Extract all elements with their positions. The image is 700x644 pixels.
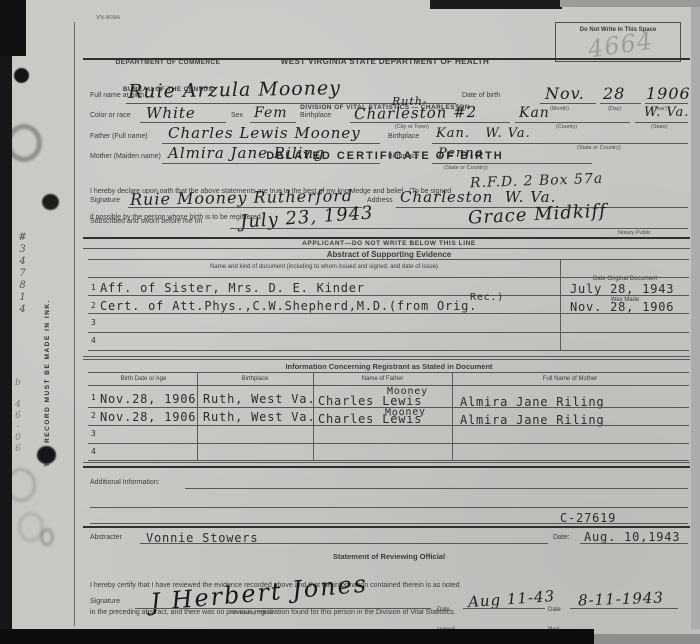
father-label: Father (Full name) — [90, 133, 148, 140]
table-divider — [197, 372, 198, 460]
section-rule — [83, 466, 690, 468]
scanned-birth-certificate: THIS RECORD MUST BE MADE IN INK. #347814… — [0, 0, 700, 644]
color-label: Color or race — [90, 112, 130, 119]
sex-value: Fem — [254, 105, 288, 121]
table-border — [88, 277, 689, 278]
dob-sub-month: (Month) — [550, 106, 569, 112]
field-underline — [140, 122, 226, 123]
registrant-header-birthdate: Birth Date or Age — [90, 376, 197, 382]
abstract-row-num: 1 — [91, 283, 97, 292]
registrant-row-num: 4 — [91, 447, 97, 456]
punch-hole — [42, 194, 59, 210]
field-underline — [90, 507, 688, 508]
abstract-row-doc: Cert. of Att.Phys.,C.W.Shepherd,M.D.(fro… — [100, 299, 477, 313]
section-rule — [83, 356, 690, 357]
mother-birthplace-label: Birthplace — [388, 153, 419, 160]
form-left-border — [74, 22, 75, 626]
abstract-row-date: Nov. 28, 1906 — [570, 300, 674, 314]
section-rule — [83, 359, 690, 360]
registrant-row-num: 2 — [91, 411, 97, 420]
father-value: Charles Lewis Mooney — [168, 124, 361, 142]
table-row-line — [88, 443, 689, 444]
birthplace-city: Charleston #2 — [354, 103, 478, 123]
table-row-line — [88, 313, 689, 314]
dob-month: Nov. — [545, 84, 585, 103]
dob-sub-day: (Day) — [608, 106, 621, 112]
registrant-row-num: 1 — [91, 393, 97, 402]
signature-label: Signature — [90, 197, 120, 204]
margin-scribble-number: #347814 — [17, 232, 28, 362]
certificate-paper: THIS RECORD MUST BE MADE IN INK. #347814… — [0, 0, 700, 644]
scan-edge-topright — [560, 0, 700, 7]
registrant-row-place: Ruth, West Va. — [203, 392, 315, 406]
abstract-date-value: Aug. 10,1943 — [584, 530, 680, 544]
field-underline — [600, 103, 641, 104]
registrant-header-birthplace: Birthplace — [197, 376, 313, 382]
abstract-row-date: July 28, 1943 — [570, 282, 674, 296]
dob-year: 1906 — [646, 84, 691, 103]
table-border — [88, 372, 689, 373]
form-number: VS-803A — [96, 15, 120, 21]
date-filed-value: 8-11-1943 — [578, 589, 665, 610]
sex-label: Sex — [231, 112, 243, 119]
sworn-label: Subscribed and sworn before me on — [90, 218, 202, 225]
birthplace-state: W. Va. — [644, 105, 689, 120]
notary-label: Notary Public — [618, 230, 651, 236]
registrant-row-date: Nov.28, 1906 — [100, 392, 196, 406]
pencil-smudge — [40, 528, 54, 546]
reviewing-official-label: Reviewing Official — [230, 610, 274, 616]
review-title: Statement of Reviewing Official — [90, 552, 688, 561]
mother-label: Mother (Maiden name) — [90, 153, 161, 160]
punch-hole — [14, 68, 29, 83]
margin-scribble-note: b 46-06 — [13, 378, 23, 478]
field-underline — [90, 523, 688, 524]
scan-edge-bottomright — [594, 634, 700, 644]
abstract-row-interline: Rec.) — [470, 292, 504, 303]
field-underline — [185, 488, 688, 489]
registrant-row-father-interline: Mooney — [385, 406, 426, 418]
header-rule — [83, 58, 690, 60]
registrant-row-date: Nov.28, 1906 — [100, 410, 196, 424]
abstract-title: Abstract of Supporting Evidence — [90, 250, 688, 259]
table-border — [88, 259, 689, 260]
field-underline — [432, 163, 592, 164]
scan-edge-left — [0, 0, 12, 644]
field-underline — [230, 228, 688, 229]
field-underline — [250, 122, 296, 123]
field-underline — [580, 543, 688, 544]
table-border — [88, 350, 689, 351]
additional-info-label: Additional Information: — [90, 479, 160, 486]
scan-edge-topleft — [0, 0, 26, 56]
table-border — [88, 460, 689, 461]
mother-birthplace-value: Penna — [438, 146, 483, 161]
table-divider — [560, 259, 561, 350]
table-divider — [452, 372, 453, 460]
abstract-row-num: 4 — [91, 336, 97, 345]
father-birthplace-label: Birthplace — [388, 133, 419, 140]
date-filed-label1: Date — [548, 607, 561, 614]
field-underline — [515, 122, 630, 123]
margin-ink-stamp: THIS RECORD MUST BE MADE IN INK. — [44, 205, 51, 467]
scan-edge-bottom — [0, 629, 594, 644]
abstract-row-doc: Aff. of Sister, Mrs. D. E. Kinder — [100, 281, 365, 295]
father-birthplace-sub: (State or Country) — [577, 145, 621, 151]
registrant-header-mother: Full Name of Mother — [452, 376, 688, 382]
dob-day: 28 — [603, 84, 625, 103]
birthplace-sub-city: (City or Town) — [395, 124, 429, 130]
birthplace-sub-state: (State) — [651, 124, 668, 130]
abstracter-label: Abstracter — [90, 534, 122, 541]
dob-label: Date of birth — [462, 92, 500, 99]
color-value: White — [146, 104, 196, 122]
abstract-row-num: 2 — [91, 301, 97, 310]
full-name-value: Ruie Arzula Mooney — [128, 77, 341, 103]
punch-hole — [37, 446, 56, 464]
birthplace-sub-county: (County) — [556, 124, 577, 130]
field-underline — [645, 103, 688, 104]
field-underline — [135, 608, 431, 609]
abstract-col1-header: Name and kind of document (including to … — [92, 264, 556, 270]
birthplace-county: Kan — [519, 105, 550, 121]
table-row-line — [88, 295, 689, 296]
birthplace-label: Birthplace — [300, 112, 331, 119]
field-underline — [140, 543, 548, 544]
registrant-row-place: Ruth, West Va. — [203, 410, 315, 424]
mother-value: Almira Jane Riling — [168, 144, 325, 162]
field-underline — [350, 122, 510, 123]
registrant-title: Information Concerning Registrant as Sta… — [90, 362, 688, 371]
abstract-date-label: Date: — [553, 534, 570, 541]
review-signature-label: Signature — [90, 598, 120, 605]
field-underline — [635, 122, 688, 123]
field-underline — [432, 143, 688, 144]
section-rule — [83, 462, 690, 463]
section-rule — [83, 526, 690, 528]
field-underline — [570, 608, 678, 609]
date-signed-label1: Date — [437, 607, 455, 614]
scan-edge-right — [691, 7, 700, 629]
field-underline — [463, 608, 545, 609]
divider-rule — [83, 237, 690, 239]
scan-edge-top — [430, 0, 562, 9]
father-birthplace-value: Kan. W. Va. — [436, 126, 531, 141]
registrant-row-father-interline: Mooney — [387, 386, 428, 397]
registrant-row-num: 3 — [91, 429, 97, 438]
field-underline — [162, 163, 380, 164]
registrant-header-father: Name of Father — [313, 376, 452, 382]
abstract-row-num: 3 — [91, 318, 97, 327]
do-not-write-box: Do Not Write in This Space 4664 — [555, 22, 681, 62]
applicant-divider-text: APPLICANT—DO NOT WRITE BELOW THIS LINE — [90, 240, 688, 247]
divider-rule — [83, 248, 690, 249]
table-row-line — [88, 425, 689, 426]
field-underline — [540, 103, 596, 104]
table-row-line — [88, 332, 689, 333]
